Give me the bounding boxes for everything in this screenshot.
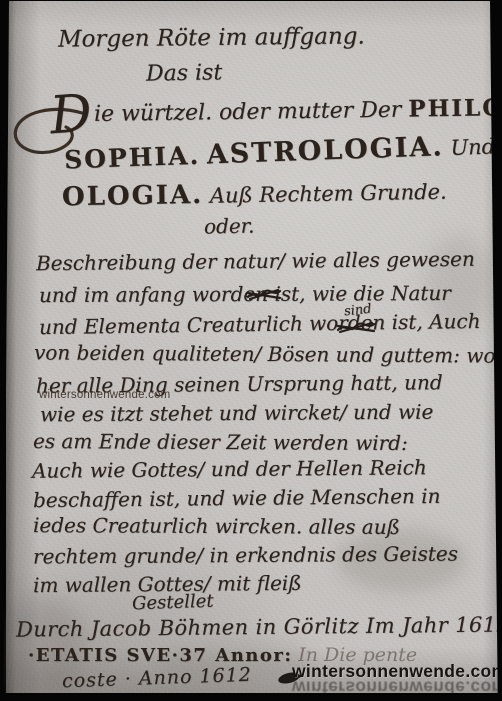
title-line-1: Morgen Röte im auffgang. (58, 23, 365, 52)
body-line-7: es am Ende dieser Zeit werden wird: (33, 429, 408, 455)
ink-scribble-strikeout (246, 287, 282, 303)
body-line-1: Beschreibung der natur/ wie alles gewese… (36, 247, 475, 276)
ink-scribble-strikeout (336, 320, 376, 336)
inserted-correction-word: sind (343, 302, 372, 320)
body-line-8: Auch wie Gottes/ und der Hellen Reich (32, 455, 427, 482)
watermark-bottom: wintersonnenwende.com wintersonnenwende.… (292, 663, 502, 695)
body-line-9: beschaffen ist, und wie die Menschen in (33, 484, 441, 512)
colophon-aetatis-caps: ·ETATIS SVE·37 Annor: (28, 645, 293, 666)
title-line-2: Das ist (146, 60, 223, 86)
body-line-10: iedes Creaturlich wircken. alles auß (33, 513, 400, 539)
manuscript-paper: Morgen Röte im auffgang. Das ist D ie wü… (6, 1, 499, 693)
title-line-3-caps: PHILO: (408, 94, 502, 122)
title-line-4-caps-b: ASTROLOGIA. (206, 131, 444, 170)
watermark-middle: wintersonnenwende.com (39, 389, 170, 401)
colophon-gestellet: Gestellet (132, 591, 214, 615)
title-line-5: OLOGIA. Auß Rechtem Grunde. (62, 176, 447, 213)
title-line-4-caps-a: SOPHIA. (64, 141, 201, 175)
title-line-3-script: ie würtzel. oder mutter Der (94, 98, 402, 127)
title-line-6: oder. (204, 214, 255, 239)
body-line-6: wie es itzt stehet und wircket/ und wie (40, 400, 434, 427)
title-line-4: SOPHIA. ASTROLOGIA. Und · THE= (64, 126, 502, 176)
colophon-coste-line: coste · Anno 1612 (62, 664, 253, 693)
body-line-3: und Elementa Creaturlich worden ist, Auc… (39, 309, 481, 339)
title-line-5-script: Auß Rechtem Grunde. (210, 180, 447, 208)
body-line-11: rechtem grunde/ in erkendnis des Geistes (33, 542, 458, 569)
title-line-3-initial: D (48, 84, 94, 147)
body-line-4: von beiden qualiteten/ Bösen und guttem:… (34, 340, 502, 367)
scanned-manuscript-page: Morgen Röte im auffgang. Das ist D ie wü… (0, 0, 502, 701)
colophon-author-line: Durch Jacob Böhmen in Görlitz Im Jahr 16… (16, 612, 502, 641)
title-line-5-caps: OLOGIA. (62, 180, 204, 212)
title-line-3: ie würtzel. oder mutter Der PHILO: (94, 94, 502, 127)
body-line-2: und im anfang worden ist, wie die Natur (39, 281, 451, 307)
scan-border-bottom (0, 693, 502, 701)
